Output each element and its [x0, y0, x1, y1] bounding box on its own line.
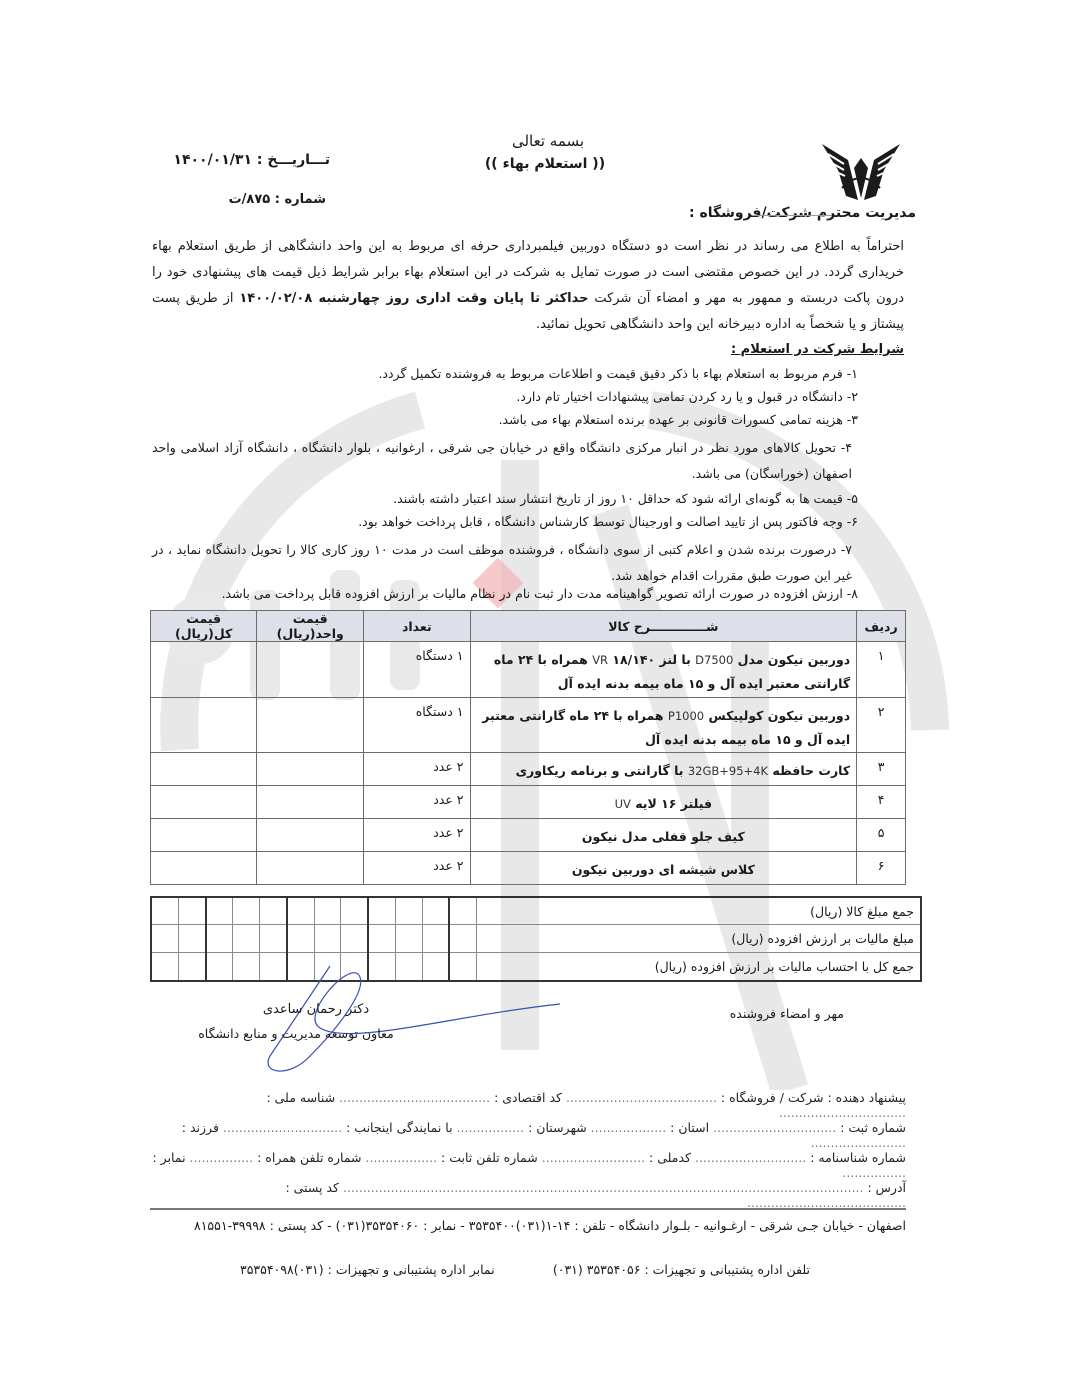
- document-title: (( استعلام بهاء )): [470, 156, 620, 172]
- support-fax: نمابر اداره پشتیبانی و تجهیزات : (۰۳۱)۳۵…: [240, 1262, 495, 1277]
- digit-cell[interactable]: [178, 953, 205, 981]
- basmala: بسمه تعالی: [488, 132, 608, 150]
- item-description: کیف جلو قفلی مدل نیکون: [470, 819, 857, 852]
- total-price-cell[interactable]: [151, 852, 257, 885]
- date-value: ۱۴۰۰/۰۱/۳۱: [173, 152, 252, 168]
- digit-cell[interactable]: [151, 953, 178, 981]
- header-row-number: ردیف: [857, 611, 906, 642]
- document-page: مدیریت محترم شرکت/فروشگاه : بسمه تعالی (…: [0, 0, 1080, 1397]
- fax-label: نمابر :: [152, 1150, 185, 1165]
- date-label: تـــاریـــخ :: [257, 152, 330, 168]
- totals-label: جمع مبلغ کالا (ریال): [477, 897, 921, 925]
- recipient-heading: مدیریت محترم شرکت/فروشگاه :: [689, 205, 916, 221]
- registration-number-field[interactable]: ...............................: [713, 1120, 836, 1135]
- digit-cell[interactable]: [449, 897, 476, 925]
- support-phone-value: ۳۵۳۵۴۰۵۶ (۰۳۱): [553, 1262, 641, 1277]
- conditions-title: شرایط شرکت در استعلام :: [731, 342, 904, 357]
- item-description: کلاس شیشه ای دوربین نیکون: [470, 852, 857, 885]
- national-code-field[interactable]: ..........................: [542, 1150, 645, 1165]
- intro-deadline: حداکثر تا پایان وقت اداری روز چهارشنبه ۱…: [239, 291, 588, 306]
- item-quantity: ۲ عدد: [364, 852, 470, 885]
- id-card-number-label: شماره شناسنامه :: [810, 1150, 906, 1165]
- item-quantity: ۲ عدد: [364, 786, 470, 819]
- mobile-label: شماره تلفن همراه :: [257, 1150, 361, 1165]
- support-fax-label: نمابر اداره پشتیبانی و تجهیزات :: [328, 1262, 495, 1277]
- table-row: ۴ فیلتر ۱۶ لایه UV ۲ عدد: [151, 786, 906, 819]
- representative-label: با نمایندگی اینجانب :: [346, 1120, 452, 1135]
- unit-price-cell[interactable]: [257, 642, 364, 698]
- support-fax-value: (۰۳۱)۳۵۳۵۴۰۹۸: [240, 1262, 324, 1277]
- unit-price-cell[interactable]: [257, 753, 364, 786]
- total-price-cell[interactable]: [151, 642, 257, 698]
- digit-cell[interactable]: [314, 925, 341, 953]
- digit-cell[interactable]: [260, 925, 287, 953]
- item-description: دوربین نیکون مدل D7500 با لنز VR ۱۸/۱۴۰ …: [470, 642, 857, 698]
- digit-cell[interactable]: [206, 897, 233, 925]
- fax-field[interactable]: ................: [842, 1165, 906, 1180]
- recipient-blank-line: [752, 215, 832, 216]
- item-description: دوربین نیکون کولپیکس P1000 همراه با ۲۴ م…: [470, 698, 857, 753]
- national-code-label: کدملی :: [649, 1150, 691, 1165]
- registration-number-label: شماره ثبت :: [840, 1120, 906, 1135]
- landline-field[interactable]: ..................: [366, 1150, 438, 1165]
- total-price-cell[interactable]: [151, 786, 257, 819]
- province-field[interactable]: ...................: [591, 1120, 667, 1135]
- table-row: ۱ دوربین نیکون مدل D7500 با لنز VR ۱۸/۱۴…: [151, 642, 906, 698]
- letter-number-field: شماره : ۸۷۵/ت: [226, 192, 326, 207]
- items-table: ردیف شـــــــــــــرح کالا تعداد قیمت وا…: [150, 610, 906, 885]
- number-value: ۸۷۵/ت: [229, 192, 271, 207]
- row-number: ۶: [857, 852, 906, 885]
- offer-form-line-3: شماره شناسنامه : .......................…: [150, 1150, 906, 1180]
- item-quantity: ۱ دستگاه: [364, 698, 470, 753]
- digit-cell[interactable]: [206, 953, 233, 981]
- total-price-cell[interactable]: [151, 753, 257, 786]
- economic-code-label: کد اقتصادی :: [494, 1090, 562, 1105]
- row-number: ۳: [857, 753, 906, 786]
- offer-form-line-2: شماره ثبت : ............................…: [150, 1120, 906, 1150]
- item-description: فیلتر ۱۶ لایه UV: [470, 786, 857, 819]
- intro-paragraph: احتراماً به اطلاع می رساند در نظر است دو…: [152, 234, 904, 338]
- city-field[interactable]: .................: [457, 1120, 525, 1135]
- row-number: ۴: [857, 786, 906, 819]
- digit-cell[interactable]: [395, 897, 422, 925]
- company-field[interactable]: ......................................: [566, 1090, 717, 1105]
- row-number: ۵: [857, 819, 906, 852]
- item-description: کارت حافظه 32GB+95+4K با گارانتی و برنام…: [470, 753, 857, 786]
- item-quantity: ۲ عدد: [364, 753, 470, 786]
- condition-6: ۶- وجه فاکتور پس از تایید اصالت و اورجین…: [298, 510, 858, 533]
- condition-2: ۲- دانشگاه در قبول و یا رد کردن تمامی پی…: [338, 385, 858, 408]
- signer-name: دکتر رحمان ساعدی: [236, 1002, 396, 1017]
- digit-cell[interactable]: [151, 925, 178, 953]
- condition-5: ۵- قیمت ها به گونه‌ای ارائه شود که حداقل…: [298, 487, 858, 510]
- table-row: ۶ کلاس شیشه ای دوربین نیکون ۲ عدد: [151, 852, 906, 885]
- header-unit-price: قیمت واحد(ریال): [257, 611, 364, 642]
- unit-price-cell[interactable]: [257, 698, 364, 753]
- table-row: ۲ دوربین نیکون کولپیکس P1000 همراه با ۲۴…: [151, 698, 906, 753]
- digit-cell[interactable]: [395, 925, 422, 953]
- digit-cell[interactable]: [233, 925, 260, 953]
- digit-cell[interactable]: [449, 925, 476, 953]
- seller-signature-label: مهر و امضاء فروشنده: [730, 1006, 844, 1021]
- digit-cell[interactable]: [178, 897, 205, 925]
- support-phone-label: تلفن اداره پشتیبانی و تجهیزات :: [644, 1262, 810, 1277]
- digit-cell[interactable]: [368, 897, 395, 925]
- condition-8: ۸- ارزش افزوده در صورت ارائه تصویر گواهی…: [218, 582, 858, 605]
- offer-form-line-4: آدرس : .................................…: [150, 1180, 906, 1210]
- digit-cell[interactable]: [206, 925, 233, 953]
- address-field[interactable]: ........................................…: [343, 1180, 864, 1195]
- digit-cell[interactable]: [178, 925, 205, 953]
- table-row: ۳ کارت حافظه 32GB+95+4K با گارانتی و برن…: [151, 753, 906, 786]
- totals-row-vat: مبلغ مالیات بر ارزش افزوده (ریال): [151, 925, 921, 953]
- digit-cell[interactable]: [287, 897, 314, 925]
- digit-cell[interactable]: [368, 925, 395, 953]
- father-name-field[interactable]: ........................: [811, 1135, 906, 1150]
- row-number: ۱: [857, 642, 906, 698]
- table-row: ۵ کیف جلو قفلی مدل نیکون ۲ عدد: [151, 819, 906, 852]
- item-quantity: ۲ عدد: [364, 819, 470, 852]
- father-name-label: فرزند :: [182, 1120, 219, 1135]
- unit-price-cell[interactable]: [257, 852, 364, 885]
- digit-cell[interactable]: [151, 897, 178, 925]
- postal-code-label: کد پستی :: [285, 1180, 339, 1195]
- signer-role: معاون توسعه مدیریت و منابع دانشگاه: [196, 1026, 396, 1041]
- landline-label: شماره تلفن ثابت :: [441, 1150, 538, 1165]
- national-id-label: شناسه ملی :: [266, 1090, 335, 1105]
- items-table-header: ردیف شـــــــــــــرح کالا تعداد قیمت وا…: [151, 611, 906, 642]
- id-card-number-field[interactable]: ............................: [695, 1150, 806, 1165]
- condition-3: ۳- هزینه تمامی کسورات قانونی بر عهده برن…: [338, 408, 858, 431]
- digit-cell[interactable]: [422, 897, 449, 925]
- province-label: استان :: [670, 1120, 709, 1135]
- digit-cell[interactable]: [260, 897, 287, 925]
- footer-divider: [150, 1208, 906, 1210]
- city-label: شهرستان :: [528, 1120, 587, 1135]
- total-price-cell[interactable]: [151, 698, 257, 753]
- support-phone: تلفن اداره پشتیبانی و تجهیزات : ۳۵۳۵۴۰۵۶…: [553, 1262, 810, 1277]
- economic-code-field[interactable]: ......................................: [339, 1090, 490, 1105]
- digit-cell[interactable]: [341, 925, 368, 953]
- mobile-field[interactable]: ................: [190, 1150, 254, 1165]
- totals-row-goods: جمع مبلغ کالا (ریال): [151, 897, 921, 925]
- digit-cell[interactable]: [422, 925, 449, 953]
- company-label: پیشنهاد دهنده : شرکت / فروشگاه :: [721, 1090, 906, 1105]
- header-description: شـــــــــــــرح کالا: [470, 611, 857, 642]
- totals-label: مبلغ مالیات بر ارزش افزوده (ریال): [477, 925, 921, 953]
- university-emblem-icon: [818, 140, 904, 206]
- header-total-price: قیمت کل(ریال): [151, 611, 257, 642]
- unit-price-cell[interactable]: [257, 786, 364, 819]
- number-label: شماره :: [275, 192, 326, 207]
- offer-form-line-1: پیشنهاد دهنده : شرکت / فروشگاه : .......…: [150, 1090, 906, 1120]
- date-field: تـــاریـــخ : ۱۴۰۰/۰۱/۳۱: [160, 152, 330, 168]
- digit-cell[interactable]: [314, 897, 341, 925]
- digit-cell[interactable]: [341, 897, 368, 925]
- condition-1: ۱- فرم مربوط به استعلام بهاء با ذکر دقیق…: [338, 362, 858, 385]
- footer-address: اصفهان - خیابان جـی شرقی - ارغـوانیه - ب…: [150, 1214, 906, 1238]
- representative-field[interactable]: ..............................: [223, 1120, 342, 1135]
- header-quantity: تعداد: [364, 611, 470, 642]
- row-number: ۲: [857, 698, 906, 753]
- digit-cell[interactable]: [287, 925, 314, 953]
- total-price-cell[interactable]: [151, 819, 257, 852]
- unit-price-cell[interactable]: [257, 819, 364, 852]
- condition-4: ۴- تحویل کالاهای مورد نظر در انبار مرکزی…: [152, 435, 852, 487]
- address-label: آدرس :: [867, 1180, 906, 1195]
- item-quantity: ۱ دستگاه: [364, 642, 470, 698]
- national-id-field[interactable]: ................................: [779, 1105, 906, 1120]
- digit-cell[interactable]: [233, 897, 260, 925]
